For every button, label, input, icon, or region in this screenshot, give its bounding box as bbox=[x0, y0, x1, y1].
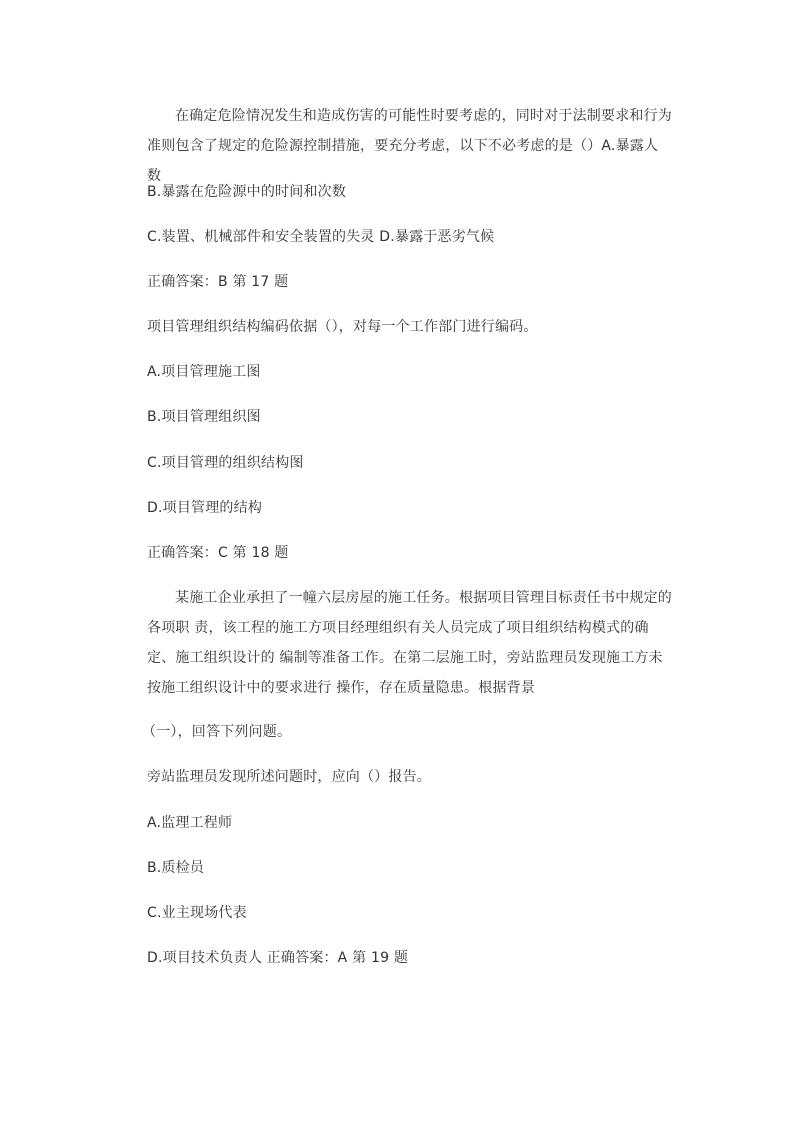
option-b: B.暴露在危险源中的时间和次数 bbox=[147, 177, 672, 207]
question-paragraph: 旁站监理员发现所述问题时，应向（）报告。 bbox=[147, 762, 672, 792]
option-a: A.项目管理施工图 bbox=[147, 357, 672, 387]
answer-line: 正确答案：C 第 18 题 bbox=[147, 538, 672, 568]
option-c: C.业主现场代表 bbox=[147, 898, 672, 928]
option-a: A.监理工程师 bbox=[147, 808, 672, 838]
option-c: C.项目管理的组织结构图 bbox=[147, 448, 672, 478]
option-b: B.质检员 bbox=[147, 853, 672, 883]
option-d-answer-line: D.项目技术负责人 正确答案：A 第 19 题 bbox=[147, 943, 672, 973]
option-d: D.项目管理的结构 bbox=[147, 493, 672, 523]
option-c-d: C.装置、机械部件和安全装置的失灵 D.暴露于恶劣气候 bbox=[147, 222, 672, 252]
background-paragraph: 某施工企业承担了一幢六层房屋的施工任务。根据项目管理目标责任书中规定的各项职 责… bbox=[147, 583, 672, 703]
option-b: B.项目管理组织图 bbox=[147, 402, 672, 432]
question-paragraph: 项目管理组织结构编码依据（），对每一个工作部门进行编码。 bbox=[147, 312, 672, 342]
answer-line: 正确答案：B 第 17 题 bbox=[147, 267, 672, 297]
sub-question-heading: （一），回答下列问题。 bbox=[142, 717, 667, 747]
